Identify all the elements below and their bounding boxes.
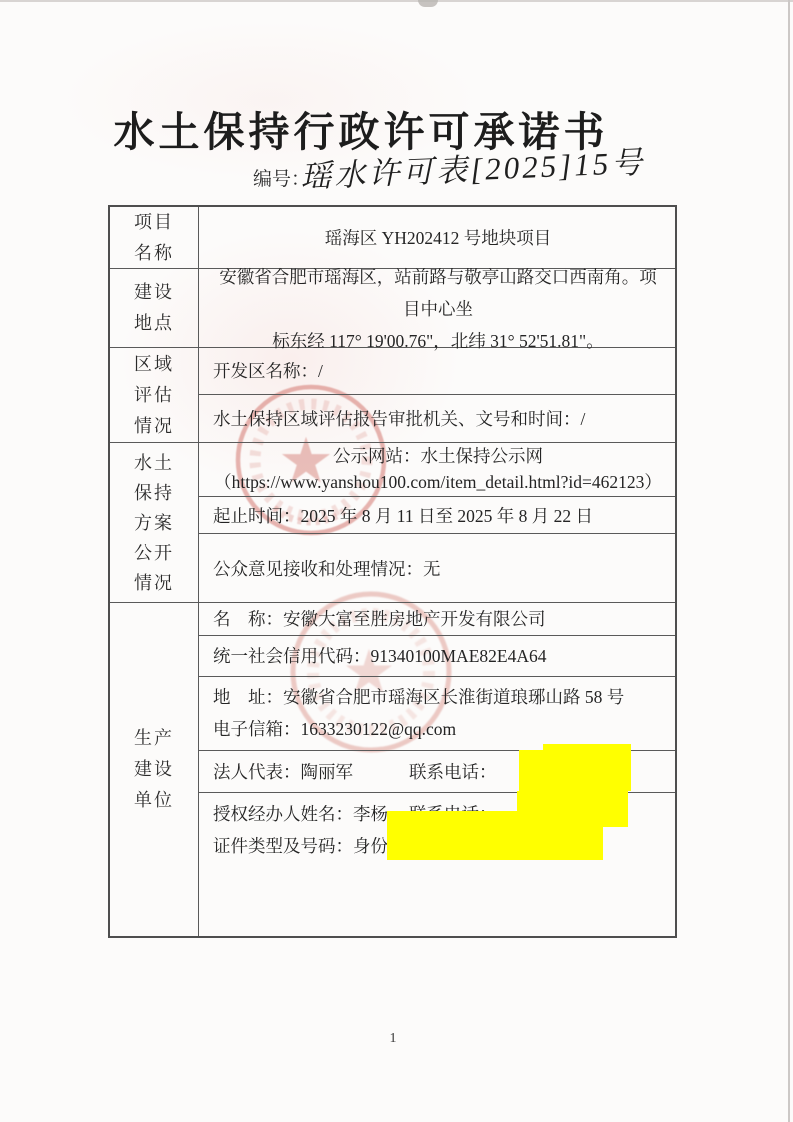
agent-name: 授权经办人姓名：李杨: [213, 798, 409, 830]
page-number: 1: [0, 1031, 786, 1047]
table-row-plan-publicity: 水土 保持 方案 公开 情况 公示网站：水土保持公示网 （https://www…: [110, 442, 675, 602]
publicity-website: 公示网站：水土保持公示网 （https://www.yanshou100.com…: [199, 443, 675, 496]
unit-address: 地 址：安徽省合肥市瑶海区长淮街道琅琊山路 58 号: [213, 681, 663, 713]
unit-credit-code: 统一社会信用代码：91340100MAE82E4A64: [199, 635, 675, 676]
legal-phone-label: 联系电话：: [409, 759, 497, 784]
scanned-permit-page: 水土保持行政许可承诺书 编号： 瑶水许可表[2025]15号 项目 名称 瑶海区…: [0, 0, 793, 1122]
redaction-highlight-legal-phone: [519, 750, 631, 791]
devzone-name-value: 开发区名称：/: [199, 348, 675, 394]
regional-approval-value: 水土保持区域评估报告审批机关、文号和时间：/: [199, 394, 675, 442]
page-right-edge: [788, 0, 790, 1122]
public-opinions: 公众意见接收和处理情况：无: [199, 533, 675, 602]
table-row-location: 建设 地点 安徽省合肥市瑶海区，站前路与敬亭山路交口西南角。项目中心坐 标东经 …: [110, 268, 675, 347]
publicity-period: 起止时间：2025 年 8 月 11 日至 2025 年 8 月 22 日: [199, 496, 675, 534]
page-top-edge: [0, 0, 793, 2]
redaction-highlight-id-number: [387, 811, 603, 860]
row-label-regional-assessment: 区域 评估 情况: [110, 348, 199, 442]
row-label-plan-publicity: 水土 保持 方案 公开 情况: [110, 443, 199, 602]
row-label-construction-unit: 生产 建设 单位: [110, 603, 199, 936]
unit-name: 名 称：安徽大富至胜房地产开发有限公司: [199, 603, 675, 635]
row-label-location: 建设 地点: [110, 269, 199, 347]
unit-email: 电子信箱：1633230122@qq.com: [213, 713, 663, 745]
project-name-value: 瑶海区 YH202412 号地块项目: [199, 207, 675, 268]
legal-representative: 法人代表：陶丽军: [213, 759, 409, 784]
location-value: 安徽省合肥市瑶海区，站前路与敬亭山路交口西南角。项目中心坐 标东经 117° 1…: [199, 269, 675, 348]
page-edge-notch: [418, 0, 438, 7]
unit-address-email: 地 址：安徽省合肥市瑶海区长淮街道琅琊山路 58 号 电子信箱：16332301…: [199, 676, 675, 750]
publicity-url: （https://www.yanshou100.com/item_detail.…: [213, 469, 663, 495]
row-label-project-name: 项目 名称: [110, 207, 199, 268]
table-row-project-name: 项目 名称 瑶海区 YH202412 号地块项目: [110, 207, 675, 268]
table-row-regional-assessment: 区域 评估 情况 开发区名称：/ 水土保持区域评估报告审批机关、文号和时间：/: [110, 347, 675, 442]
